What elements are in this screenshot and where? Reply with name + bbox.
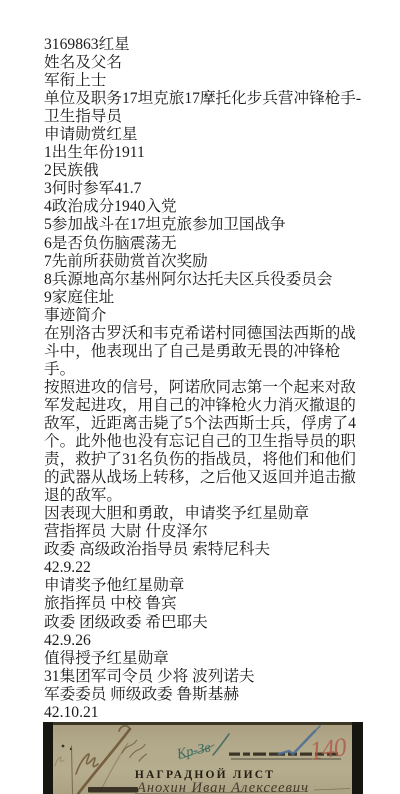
text-line: 敌军，近距离击毙了5个法西斯士兵，俘虏了4 [44,415,374,433]
photo-title: НАГРАДНОЙ ЛИСТ [135,767,275,781]
text-line: 8兵源地高尔基州阿尔达托夫区兵役委员会 [44,271,374,289]
text-line: 申请奖予他红星勋章 [44,577,374,595]
text-line: 卫生指导员 [44,108,374,126]
text-line: 3169863红星 [44,36,374,54]
text-line: 单位及职务17坦克旅17摩托化步兵营冲锋枪手- [44,90,374,108]
text-line: 6是否负伤脑震荡无 [44,235,374,253]
red-number: 140 [308,732,348,765]
text-line: 个。此外他也没有忘记自己的卫生指导员的职 [44,433,374,451]
text-line: 政委 高级政治指导员 索特尼科夫 [44,541,374,559]
text-line: 旅指挥员 中校 鲁宾 [44,595,374,613]
small-handwritten-note [121,738,151,767]
text-line: 政委 团级政委 希巴耶夫 [44,614,374,632]
text-line: 在别洛古罗沃和韦克希诺村同德国法西斯的战 [44,325,374,343]
text-line: 的武器从战场上转移，之后他又返回并追击撤 [44,469,374,487]
text-line: 军委委员 师级政委 鲁斯基赫 [44,686,374,704]
text-line: 因表现大胆和勇敢，申请奖予红星勋章 [44,505,374,523]
text-line: 1出生年份1911 [44,144,374,162]
text-line: 军发起进攻，用自己的冲锋枪火力消灭撤退的 [44,397,374,415]
text-line: 事迹简介 [44,307,374,325]
printed-label-smudge [88,787,138,793]
text-line: 按照进攻的信号，阿诺欣同志第一个起来对敌 [44,379,374,397]
text-line: 姓名及父名 [44,54,374,72]
photo-top-edge [43,722,363,725]
text-line: 责，救护了31名负伤的指战员，将他们和他们 [44,451,374,469]
text-line: 9家庭住址 [44,289,374,307]
text-line: 42.9.22 [44,559,374,577]
text-line: 5参加战斗在17坦克旅参加卫国战争 [44,216,374,234]
text-line: 2民族俄 [44,162,374,180]
text-line: 营指挥员 大尉 什皮泽尔 [44,523,374,541]
text-line: 申请勋赏红星 [44,126,374,144]
text-line: 42.9.26 [44,632,374,650]
text-block: 3169863红星姓名及父名军衔上士单位及职务17坦克旅17摩托化步兵营冲锋枪手… [44,36,374,722]
text-line: 军衔上士 [44,72,374,90]
award-document-photo: Кр-Зв 140 НАГРАДНОЙ ЛИСТ [43,722,363,794]
text-line: 7先前所获勋赏首次奖励 [44,253,374,271]
margin-line [72,746,73,794]
film-edge-right [352,722,363,794]
text-line: 4政治成分1940入党 [44,198,374,216]
text-line: 3何时参军41.7 [44,180,374,198]
photo-artwork: Кр-Зв 140 НАГРАДНОЙ ЛИСТ [43,722,363,794]
text-line: 斗中，他表现出了自己是勇敢无畏的冲锋枪 [44,343,374,361]
text-line: 手。 [44,361,374,379]
teal-flourish [213,734,229,755]
teal-annotation: Кр-Зв [175,734,229,762]
text-line: 退的敌军。 [44,487,374,505]
ink-dot [62,745,65,748]
text-line: 值得授予红星勋章 [44,650,374,668]
handwritten-name: Анохин Иван Алексеевич [135,780,350,794]
pencil-mark [55,757,64,766]
text-line: 31集团军司令员 少将 波列诺夫 [44,668,374,686]
film-edge-left [43,722,53,794]
text-line: 42.10.21 [44,704,374,722]
